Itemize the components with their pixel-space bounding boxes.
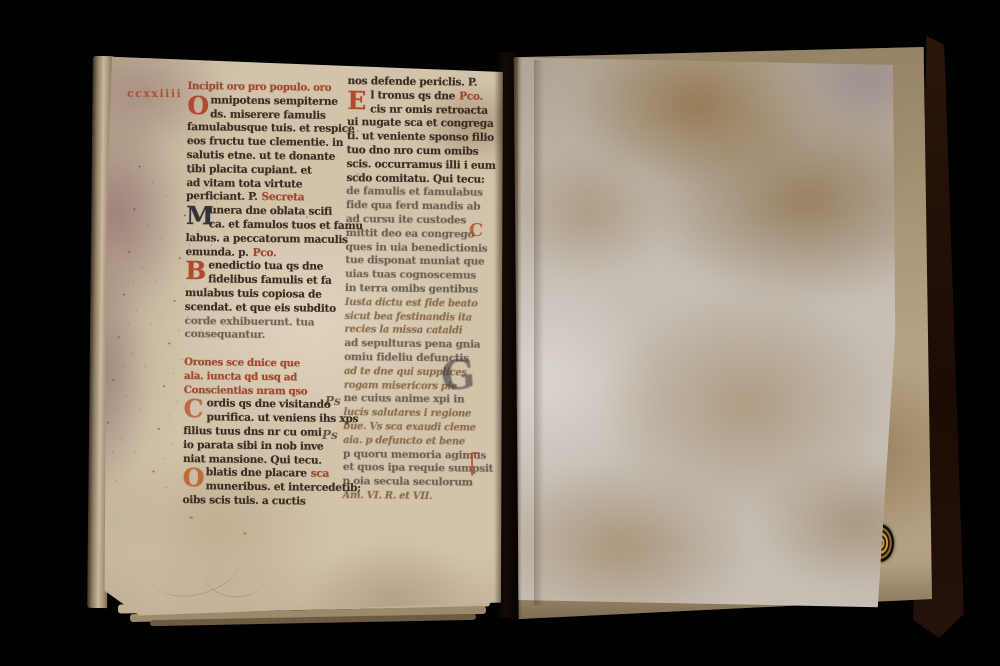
illuminated-initial: M	[186, 204, 209, 228]
illuminated-initial: E	[347, 89, 370, 113]
text-column-2: nos defende periclis. P. E l tronus qs d…	[342, 75, 503, 505]
prayer-block: Iusta dictu est fide beato sicut bea fes…	[343, 296, 501, 422]
manuscript-text-line: oibs scis tuis. a cuctis	[182, 494, 340, 510]
manuscript-photograph: ccxxiiii Incipit oro pro populo. oro	[0, 0, 1000, 666]
book-gutter-shadow	[494, 52, 522, 618]
ink-speck	[243, 532, 247, 535]
manuscript-text-line: Am. VI. R. et VII.	[342, 489, 498, 505]
text-column-1: Incipit oro pro populo. oro O mnipotens …	[182, 80, 345, 510]
prayer-block: C ordis qs dne visitando purifica. ut ve…	[183, 397, 342, 468]
prayer-block: Orones sce dnice que ala. iuncta qd usq …	[184, 342, 343, 399]
manuscript-text-line: consequantur.	[184, 328, 342, 344]
showthrough-letter: G	[439, 351, 476, 400]
parchment-stains	[516, 54, 896, 610]
prayer-block: M unera dne oblata scifi ca. et famulos …	[185, 204, 344, 261]
prayer-block: B enedictio tua qs dne fidelibus famulis…	[184, 259, 343, 344]
page-crease-shadow	[534, 60, 544, 605]
right-page-blank-leaf	[516, 54, 896, 610]
verse-mark: Ps	[325, 394, 341, 408]
prayer-block: E l tronus qs dnePco. cis nr omis retroa…	[346, 89, 503, 187]
illuminated-initial: B	[185, 259, 208, 283]
red-paragraph-mark	[471, 452, 480, 476]
prayer-block: O mnipotens sempiterne ds. miserere famu…	[186, 94, 345, 206]
verse-mark: Ps	[322, 428, 338, 442]
folio-number: ccxxiiii	[127, 87, 182, 100]
illuminated-initial: C	[183, 397, 206, 421]
illuminated-initial: O	[187, 94, 210, 118]
prayer-block: O blatis dne placaresca muneribus. et in…	[182, 466, 340, 509]
prayer-block: de famulis et famulabus fide qua ferd ma…	[345, 185, 502, 297]
left-page: ccxxiiii Incipit oro pro populo. oro	[103, 54, 507, 616]
ink-speck	[189, 516, 193, 519]
margin-initial: C	[469, 220, 483, 241]
illuminated-initial: O	[183, 466, 206, 490]
